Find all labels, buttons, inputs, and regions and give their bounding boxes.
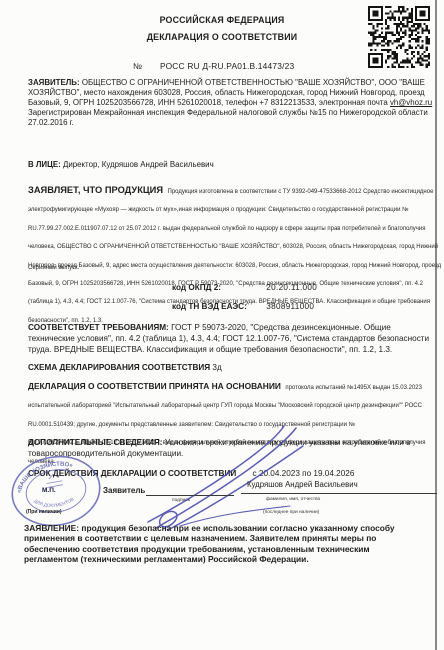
in-person-text: Директор, Кудряшов Андрей Васильевич — [63, 160, 214, 169]
statement-text: продукция безопасна при ее использовании… — [24, 523, 395, 564]
scheme-label: СХЕМА ДЕКЛАРИРОВАНИЯ СООТВЕТСТВИЯ — [28, 363, 210, 372]
scheme-section: СХЕМА ДЕКЛАРИРОВАНИЯ СООТВЕТСТВИЯ 3д — [28, 362, 438, 373]
in-person-section: В ЛИЦЕ: Директор, Кудряшов Андрей Василь… — [28, 160, 436, 170]
number-label: № — [133, 61, 142, 71]
requirements-section: СООТВЕТСТВУЕТ ТРЕБОВАНИЯМ: ГОСТ Р 59073-… — [28, 322, 438, 355]
name-line — [241, 493, 437, 494]
tnved-label: код ТН ВЭД ЕАЭС: — [172, 302, 264, 311]
applicant-registered: Зарегистрирован Межрайонная инспекция Фе… — [28, 108, 428, 127]
page-title: ДЕКЛАРАЦИЯ О СООТВЕТСТВИИ — [0, 32, 444, 42]
product-declaration-label: ЗАЯВЛЯЕТ, ЧТО ПРОДУКЦИЯ — [28, 185, 163, 195]
signer-name: Кудряшов Андрей Васильевич — [247, 480, 358, 489]
applicant-text: ОБЩЕСТВО С ОГРАНИЧЕННОЙ ОТВЕТСТВЕННОСТЬЮ… — [28, 78, 425, 107]
requirements-label: СООТВЕТСТВУЕТ ТРЕБОВАНИЯМ: — [28, 323, 169, 332]
signer-role-label: Заявитель — [103, 486, 145, 495]
applicant-section: ЗАЯВИТЕЛЬ: ОБЩЕСТВО С ОГРАНИЧЕННОЙ ОТВЕТ… — [28, 78, 436, 128]
stamp-place-note: (При наличии) — [26, 509, 62, 515]
basis-label: ДЕКЛАРАЦИЯ О СООТВЕТСТВИИ ПРИНЯТА НА ОСН… — [28, 381, 281, 391]
validity-dates: с 20.04.2023 по 19.04.2026 — [253, 469, 355, 478]
name-caption-2: (последнее при наличии) — [263, 510, 319, 515]
okpd-value: 20.20.11.000 — [266, 283, 317, 292]
codes-block: код ОКПД 2: 20.20.11.000 код ТН ВЭД ЕАЭС… — [172, 283, 317, 320]
tnved-value: 3808911000 — [266, 302, 314, 311]
applicant-label: ЗАЯВИТЕЛЬ: — [28, 78, 80, 87]
document-page: РОССИЙСКАЯ ФЕДЕРАЦИЯ ДЕКЛАРАЦИЯ О СООТВЕ… — [0, 0, 444, 650]
name-caption: фамилия, имя, отчество — [266, 497, 320, 502]
okpd-label: код ОКПД 2: — [172, 283, 264, 292]
signature-caption: подпись — [172, 498, 190, 503]
signature-line — [146, 495, 234, 496]
in-person-label: В ЛИЦЕ: — [28, 160, 61, 169]
statement-label: ЗАЯВЛЕНИЕ: — [24, 523, 79, 533]
number-value: РОСС RU Д-RU.РА01.В.14473/23 — [160, 61, 294, 71]
email-link: vh@vhoz.ru — [390, 98, 432, 107]
declaration-number: №РОСС RU Д-RU.РА01.В.14473/23 — [133, 61, 294, 71]
country-title: РОССИЙСКАЯ ФЕДЕРАЦИЯ — [0, 15, 444, 25]
scheme-value: 3д — [212, 363, 221, 372]
stamp-place-label: М.П. — [42, 487, 56, 494]
serial-issue: Серийный выпуск. — [28, 263, 79, 274]
statement-section: ЗАЯВЛЕНИЕ: продукция безопасна при ее ис… — [24, 523, 424, 565]
